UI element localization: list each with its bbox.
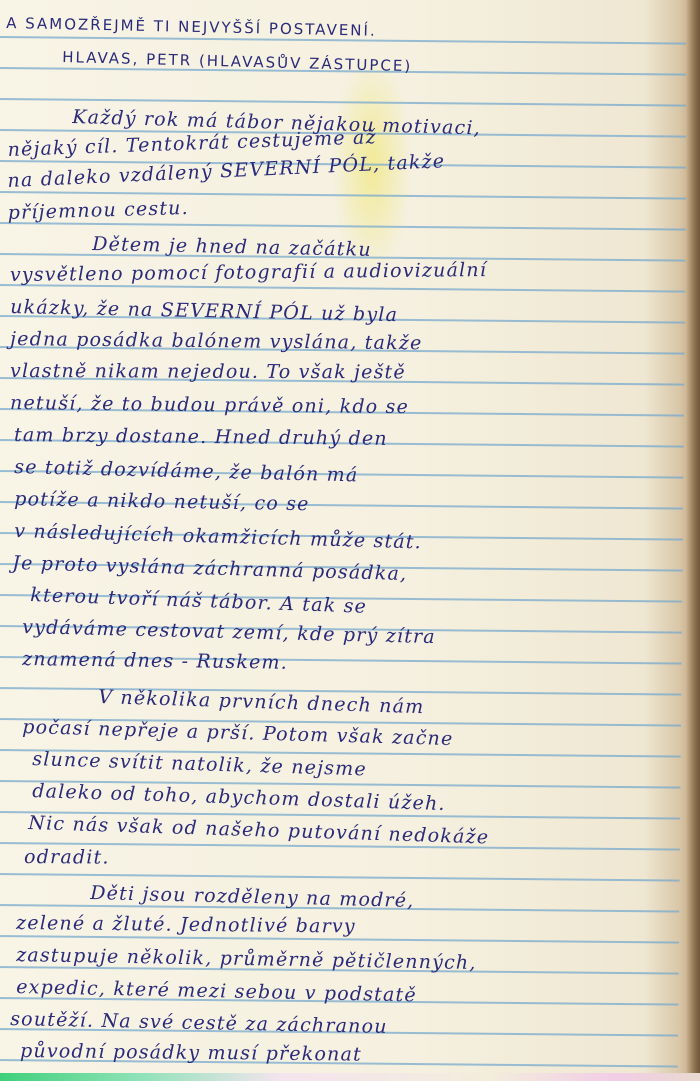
body-line: vysvětleno pomocí fotografií a audiovizu…	[10, 259, 487, 286]
body-line: Nic nás však od našeho putování nedokáže	[28, 812, 490, 848]
header-line-1: A SAMOZŘEJMĚ TI NEJVYŠŠÍ POSTAVENÍ.	[6, 14, 377, 40]
body-line: se totiž dozvídáme, že balón má	[14, 456, 359, 486]
body-line: vlastně nikam nejedou. To však ještě	[10, 360, 406, 383]
body-line: počasí nepřeje a prší. Potom však začne	[22, 716, 454, 750]
body-line: kterou tvoří náš tábor. A tak se	[30, 584, 367, 618]
body-line: potíže a nikdo netuší, co se	[14, 488, 310, 515]
body-line: netuší, že to budou právě oni, kdo se	[10, 392, 409, 418]
body-line: expedic, které mezi sebou v podstatě	[16, 976, 417, 1006]
body-line: daleko od toho, abychom dostali úžeh.	[32, 780, 446, 815]
body-line: zastupuje několik, průměrně pětičlenných…	[16, 944, 477, 974]
body-line: Dětem je hned na začátku	[92, 233, 372, 261]
body-line: ukázky, že na SEVERNÍ PÓL už byla	[10, 296, 398, 326]
body-line: V několika prvních dnech nám	[98, 686, 425, 718]
body-line: Děti jsou rozděleny na modré,	[90, 882, 415, 912]
handwritten-text: A SAMOZŘEJMĚ TI NEJVYŠŠÍ POSTAVENÍ. HLAV…	[0, 0, 700, 1081]
body-line: tam brzy dostane. Hned druhý den	[14, 424, 388, 450]
body-line: znamená dnes - Ruskem.	[22, 648, 288, 674]
body-line: jedna posádka balónem vyslána, takže	[10, 328, 423, 354]
body-line: vydáváme cestovat zemí, kde prý zítra	[22, 616, 436, 648]
scan-artifact-strip	[0, 1073, 700, 1081]
body-line: soutěží. Na své cestě za záchranou	[10, 1008, 388, 1038]
body-line: původní posádky musí překonat	[20, 1040, 362, 1066]
body-line: zelené a žluté. Jednotlivé barvy	[16, 912, 356, 938]
header-line-2: HLAVAS, PETR (HLAVASŮV ZÁSTUPCE)	[62, 48, 412, 75]
body-line: příjemnou cestu.	[7, 197, 189, 224]
body-line: Je proto vyslána záchranná posádka,	[12, 552, 408, 585]
body-line: odradit.	[24, 846, 110, 869]
body-line: slunce svítit natolik, že nejsme	[32, 748, 367, 781]
body-line: v následujících okamžicích může stát.	[14, 520, 422, 553]
